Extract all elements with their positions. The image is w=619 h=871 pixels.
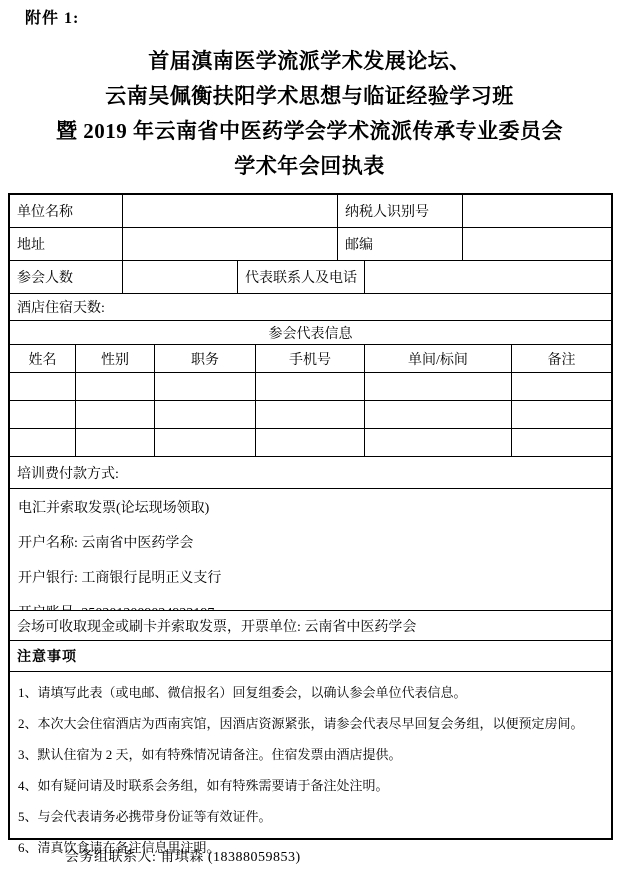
participants-header-row: 姓名 性别 职务 手机号 单间/标间 备注 [10,345,611,373]
participant-mobile-field[interactable] [255,401,364,428]
participant-name-field[interactable] [10,429,75,456]
row-unit-name: 单位名称 纳税人识别号 [10,195,611,228]
row-onsite-payment: 会场可收取现金或刷卡并索取发票，开票单位: 云南省中医药学会 [10,611,611,641]
participants-section-title: 参会代表信息 [10,321,611,344]
participant-row-3 [10,429,611,457]
taxpayer-id-label: 纳税人识别号 [337,195,462,227]
row-hotel-nights: 酒店住宿天数: [10,294,611,321]
note-item-3: 3、默认住宿为 2 天，如有特殊情况请备注。住宿发票由酒店提供。 [18,745,603,765]
unit-name-label: 单位名称 [10,195,122,227]
row-notes: 1、请填写此表（或电邮、微信报名）回复组委会，以确认参会单位代表信息。 2、本次… [10,672,611,869]
unit-name-field[interactable] [122,195,337,227]
participant-remark-field[interactable] [511,401,611,428]
title-line-4: 学术年会回执表 [0,149,619,184]
participant-name-field[interactable] [10,401,75,428]
notes-list: 1、请填写此表（或电邮、微信报名）回复组委会，以确认参会单位代表信息。 2、本次… [10,672,611,869]
payment-method-field[interactable]: 培训费付款方式: [10,457,611,488]
participant-mobile-field[interactable] [255,373,364,400]
bank-name-line: 开户银行: 工商银行昆明正义支行 [18,568,603,589]
title-line-2: 云南吴佩衡扶阳学术思想与临证经验学习班 [0,79,619,114]
participant-position-field[interactable] [154,429,255,456]
note-item-5: 5、与会代表请务必携带身份证等有效证件。 [18,807,603,827]
col-header-position: 职务 [154,345,255,372]
col-header-room-type: 单间/标间 [364,345,511,372]
note-item-1: 1、请填写此表（或电邮、微信报名）回复组委会，以确认参会单位代表信息。 [18,683,603,703]
notes-title: 注意事项 [10,641,611,671]
participant-remark-field[interactable] [511,429,611,456]
postcode-label: 邮编 [337,228,462,260]
participant-room-type-field[interactable] [364,429,511,456]
onsite-payment-note: 会场可收取现金或刷卡并索取发票，开票单位: 云南省中医药学会 [10,611,611,640]
contact-phone-label: 代表联系人及电话 [237,261,364,293]
row-bank-details: 电汇并索取发票(论坛现场领取) 开户名称: 云南省中医药学会 开户银行: 工商银… [10,489,611,611]
participant-position-field[interactable] [154,373,255,400]
account-name-line: 开户名称: 云南省中医药学会 [18,533,603,554]
address-label: 地址 [10,228,122,260]
title-line-3: 暨 2019 年云南省中医药学会学术流派传承专业委员会 [0,114,619,149]
col-header-mobile: 手机号 [255,345,364,372]
account-number-line: 开户账号: 2502012009024922197 [18,603,603,610]
participant-room-type-field[interactable] [364,401,511,428]
document-title: 首届滇南医学流派学术发展论坛、 云南吴佩衡扶阳学术思想与临证经验学习班 暨 20… [0,44,619,184]
participant-mobile-field[interactable] [255,429,364,456]
contact-phone-field[interactable] [364,261,611,293]
note-item-2: 2、本次大会住宿酒店为西南宾馆，因酒店资源紧张，请参会代表尽早回复会务组，以便预… [18,714,603,734]
row-payment-method: 培训费付款方式: [10,457,611,489]
bank-details: 电汇并索取发票(论坛现场领取) 开户名称: 云南省中医药学会 开户银行: 工商银… [10,489,611,610]
row-attendee-count: 参会人数 代表联系人及电话 [10,261,611,294]
attendee-count-field[interactable] [122,261,237,293]
taxpayer-id-field[interactable] [462,195,611,227]
row-notes-title: 注意事项 [10,641,611,672]
participant-gender-field[interactable] [75,429,154,456]
row-participants-title: 参会代表信息 [10,321,611,345]
postcode-field[interactable] [462,228,611,260]
participant-row-2 [10,401,611,429]
remittance-line: 电汇并索取发票(论坛现场领取) [18,498,603,519]
document-page: { "page": { "attachment_label": "附件 1:",… [0,0,619,871]
participant-name-field[interactable] [10,373,75,400]
title-line-1: 首届滇南医学流派学术发展论坛、 [0,44,619,79]
participant-gender-field[interactable] [75,373,154,400]
registration-form-table: 单位名称 纳税人识别号 地址 邮编 参会人数 代表联系人及电话 酒店住宿天数: … [8,193,613,840]
attendee-count-label: 参会人数 [10,261,122,293]
col-header-name: 姓名 [10,345,75,372]
hotel-nights-field[interactable]: 酒店住宿天数: [10,294,611,320]
participant-room-type-field[interactable] [364,373,511,400]
attachment-label: 附件 1: [25,5,79,28]
note-item-4: 4、如有疑问请及时联系会务组，如有特殊需要请于备注处注明。 [18,776,603,796]
organizer-contact: 会务组联系人: 甫琪森 (18388059853) [65,846,301,866]
participant-row-1 [10,373,611,401]
participant-remark-field[interactable] [511,373,611,400]
col-header-gender: 性别 [75,345,154,372]
address-field[interactable] [122,228,337,260]
row-address: 地址 邮编 [10,228,611,261]
participant-position-field[interactable] [154,401,255,428]
participant-gender-field[interactable] [75,401,154,428]
col-header-remark: 备注 [511,345,611,372]
